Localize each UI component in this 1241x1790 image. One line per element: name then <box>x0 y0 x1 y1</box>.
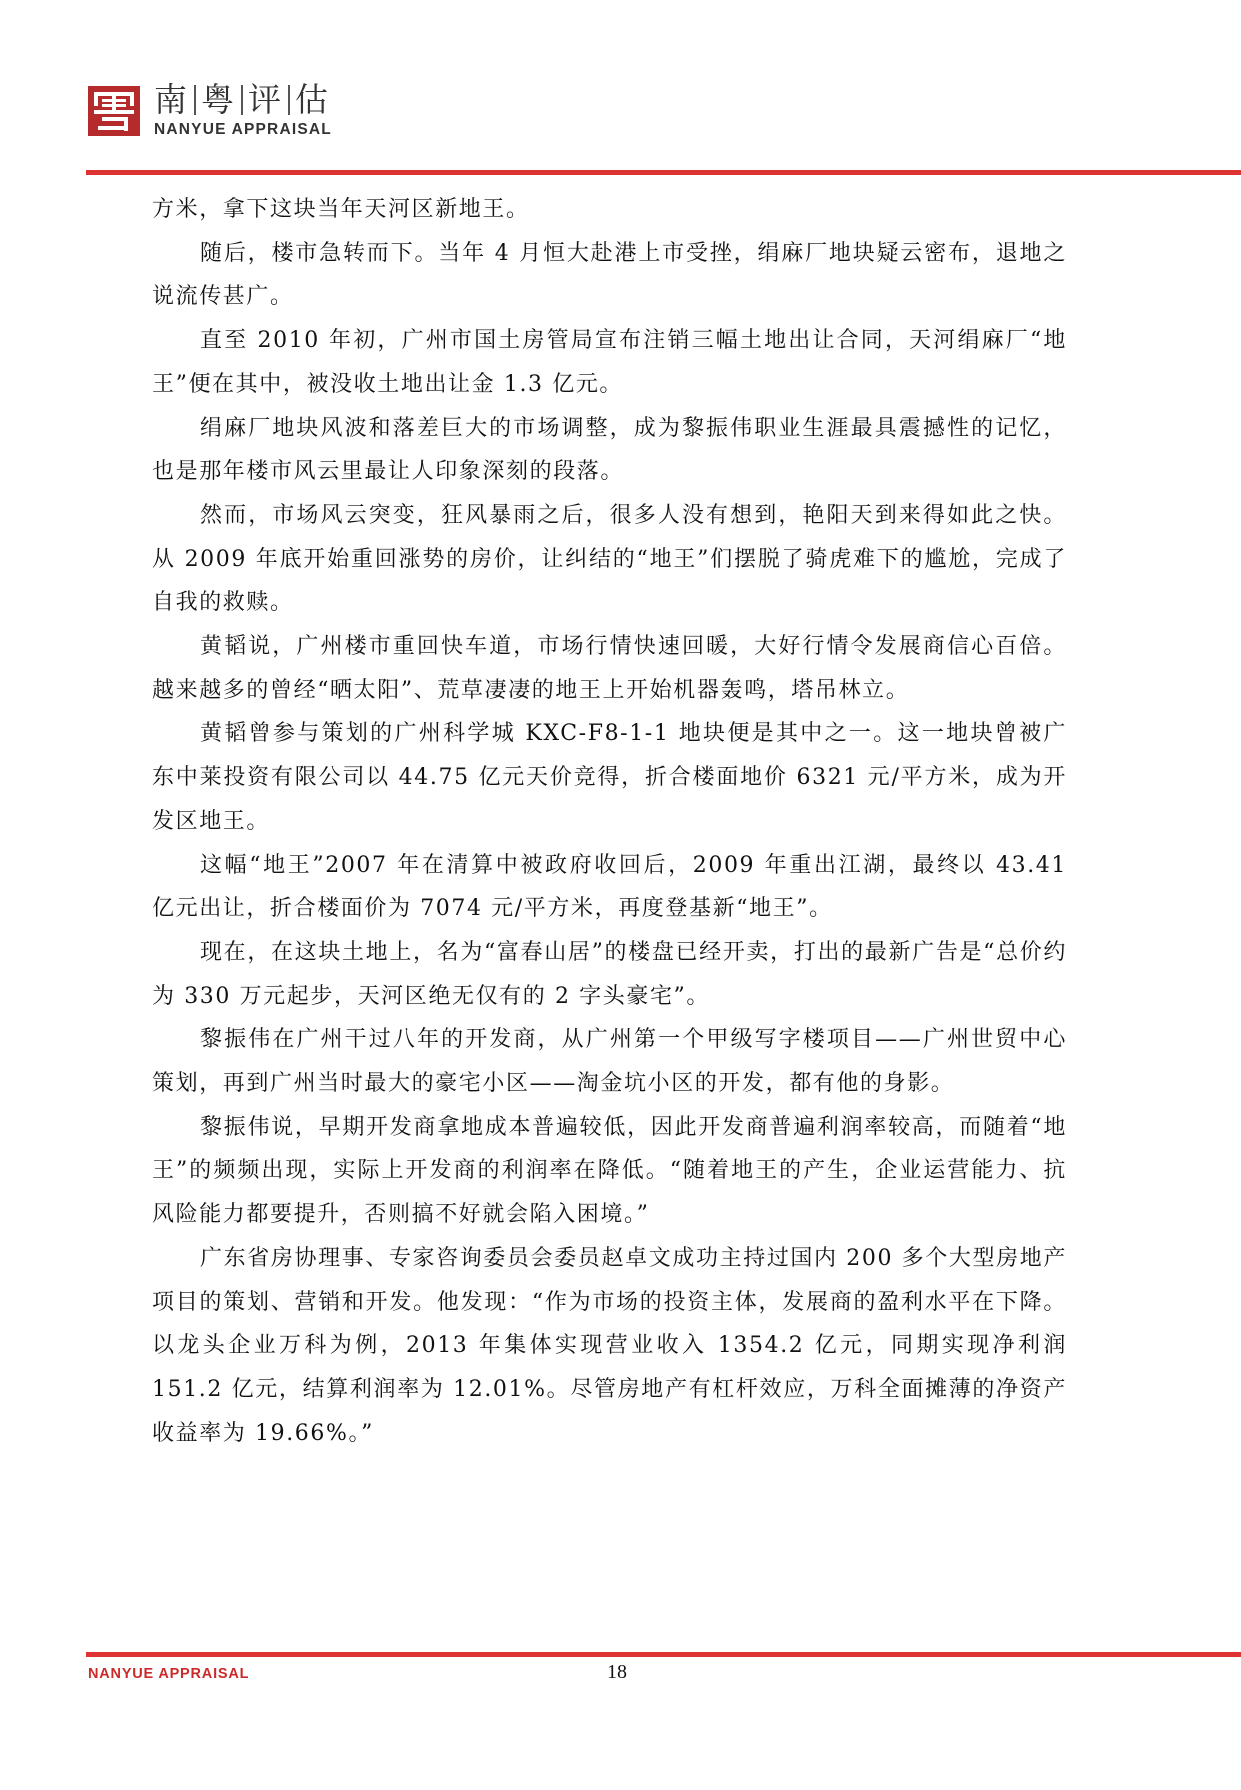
paragraph: 然而，市场风云突变，狂风暴雨之后，很多人没有想到，艳阳天到来得如此之快。从 20… <box>152 494 1067 625</box>
paragraph: 黄韬曾参与策划的广州科学城 KXC-F8-1-1 地块便是其中之一。这一地块曾被… <box>152 712 1067 843</box>
logo-char: 评 <box>248 82 283 118</box>
paragraph: 这幅“地王”2007 年在清算中被政府收回后，2009 年重出江湖，最终以 43… <box>152 844 1067 931</box>
logo-separator <box>194 85 196 115</box>
article-body: 方米，拿下这块当年天河区新地王。 随后，楼市急转而下。当年 4 月恒大赴港上市受… <box>152 188 1067 1455</box>
paragraph: 方米，拿下这块当年天河区新地王。 <box>152 188 1067 232</box>
paragraph: 广东省房协理事、专家咨询委员会委员赵卓文成功主持过国内 200 多个大型房地产项… <box>152 1237 1067 1456</box>
paragraph: 绢麻厂地块风波和落差巨大的市场调整，成为黎振伟职业生涯最具震撼性的记忆，也是那年… <box>152 407 1067 494</box>
header-divider <box>86 170 1241 175</box>
company-logo: 南 粤 评 估 NANYUE APPRAISAL <box>88 82 332 139</box>
logo-chinese-name: 南 粤 评 估 <box>154 82 332 118</box>
logo-seal-icon <box>88 86 140 136</box>
logo-english-name: NANYUE APPRAISAL <box>154 121 332 139</box>
logo-separator <box>288 85 290 115</box>
footer-brand: NANYUE APPRAISAL <box>88 1666 249 1682</box>
paragraph: 黎振伟说，早期开发商拿地成本普遍较低，因此开发商普遍利润率较高，而随着“地王”的… <box>152 1106 1067 1237</box>
paragraph: 现在，在这块土地上，名为“富春山居”的楼盘已经开卖，打出的最新广告是“总价约为 … <box>152 931 1067 1018</box>
paragraph: 随后，楼市急转而下。当年 4 月恒大赴港上市受挫，绢麻厂地块疑云密布，退地之说流… <box>152 232 1067 319</box>
logo-char: 粤 <box>201 82 236 118</box>
logo-char: 南 <box>154 82 189 118</box>
page-number: 18 <box>607 1661 627 1684</box>
paragraph: 直至 2010 年初，广州市国土房管局宣布注销三幅土地出让合同，天河绢麻厂“地王… <box>152 319 1067 406</box>
paragraph: 黎振伟在广州干过八年的开发商，从广州第一个甲级写字楼项目——广州世贸中心策划，再… <box>152 1018 1067 1105</box>
footer-divider <box>86 1652 1241 1657</box>
logo-separator <box>241 85 243 115</box>
logo-char: 估 <box>295 82 330 118</box>
paragraph: 黄韬说，广州楼市重回快车道，市场行情快速回暖，大好行情令发展商信心百倍。越来越多… <box>152 625 1067 712</box>
